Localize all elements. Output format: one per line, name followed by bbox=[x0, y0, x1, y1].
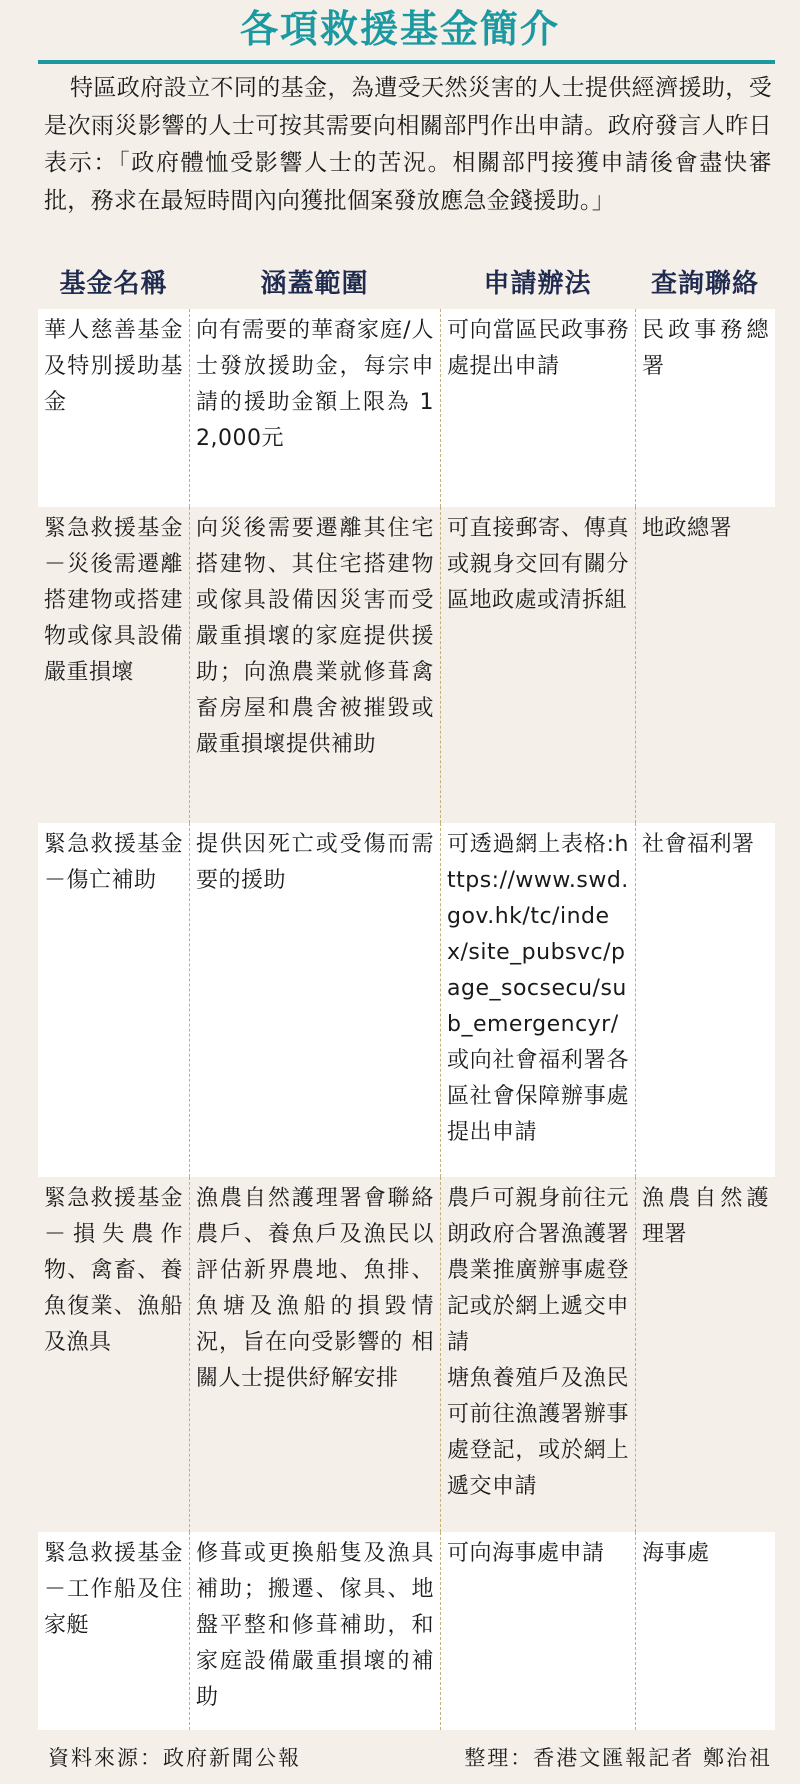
cell-fund: 緊急救援基金－損失農作物、禽畜、養魚復業、漁船及漁具 bbox=[38, 1177, 189, 1532]
cell-contact: 社會福利署 bbox=[635, 823, 775, 1177]
cell-contact: 地政總署 bbox=[635, 507, 775, 823]
cell-scope: 修葺或更換船隻及漁具補助；搬遷、傢具、地盤平整和修葺補助，和家庭設備嚴重損壞的補… bbox=[189, 1532, 440, 1730]
table-row: 緊急救援基金－損失農作物、禽畜、養魚復業、漁船及漁具 漁農自然護理署會聯絡農戶、… bbox=[38, 1177, 775, 1532]
author-credit: 整理：香港文匯報記者 鄭治祖 bbox=[464, 1742, 772, 1772]
table-header: 基金名稱 涵蓋範圍 申請辦法 查詢聯絡 bbox=[38, 262, 775, 306]
cell-fund: 緊急救援基金－災後需遷離搭建物或搭建物或傢具設備嚴重損壞 bbox=[38, 507, 189, 823]
header-fund-name: 基金名稱 bbox=[38, 262, 189, 306]
page-title: 各項救援基金簡介 bbox=[0, 2, 800, 56]
cell-fund: 緊急救援基金－工作船及住家艇 bbox=[38, 1532, 189, 1730]
intro-paragraph: 特區政府設立不同的基金，為遭受天然災害的人士提供經濟援助，受是次雨災影響的人士可… bbox=[44, 70, 772, 220]
cell-fund: 緊急救援基金－傷亡補助 bbox=[38, 823, 189, 1177]
cell-apply: 可向當區民政事務處提出申請 bbox=[440, 309, 635, 507]
cell-apply: 農戶可親身前往元朗政府合署漁護署農業推廣辦事處登記或於網上遞交申請 塘魚養殖戶及… bbox=[440, 1177, 635, 1532]
cell-fund: 華人慈善基金及特別援助基金 bbox=[38, 309, 189, 507]
cell-scope: 漁農自然護理署會聯絡農戶、養魚戶及漁民以評估新界農地、魚排、魚塘及漁船的損毀情況… bbox=[189, 1177, 440, 1532]
cell-apply-link: 可透過網上表格:https://www.swd.gov.hk/tc/index/… bbox=[440, 823, 635, 1177]
cell-scope: 提供因死亡或受傷而需要的援助 bbox=[189, 823, 440, 1177]
table-row: 華人慈善基金及特別援助基金 向有需要的華裔家庭/人士發放援助金，每宗申請的援助金… bbox=[38, 309, 775, 507]
cell-contact: 海事處 bbox=[635, 1532, 775, 1730]
table-row: 緊急救援基金－工作船及住家艇 修葺或更換船隻及漁具補助；搬遷、傢具、地盤平整和修… bbox=[38, 1532, 775, 1730]
cell-contact: 民政事務總署 bbox=[635, 309, 775, 507]
table-row: 緊急救援基金－傷亡補助 提供因死亡或受傷而需要的援助 可透過網上表格:https… bbox=[38, 823, 775, 1177]
cell-apply: 可向海事處申請 bbox=[440, 1532, 635, 1730]
header-application: 申請辦法 bbox=[440, 262, 635, 306]
header-scope: 涵蓋範圍 bbox=[189, 262, 440, 306]
header-contact: 查詢聯絡 bbox=[635, 262, 775, 306]
cell-apply: 可直接郵寄、傳真或親身交回有關分區地政處或清拆組 bbox=[440, 507, 635, 823]
source-credit: 資料來源：政府新聞公報 bbox=[48, 1742, 301, 1772]
cell-scope: 向有需要的華裔家庭/人士發放援助金，每宗申請的援助金額上限為 12,000元 bbox=[189, 309, 440, 507]
cell-contact: 漁農自然護理署 bbox=[635, 1177, 775, 1532]
table-row: 緊急救援基金－災後需遷離搭建物或搭建物或傢具設備嚴重損壞 向災後需要遷離其住宅搭… bbox=[38, 507, 775, 823]
title-divider bbox=[38, 60, 775, 64]
cell-scope: 向災後需要遷離其住宅搭建物、其住宅搭建物或傢具設備因災害而受嚴重損壞的家庭提供援… bbox=[189, 507, 440, 823]
